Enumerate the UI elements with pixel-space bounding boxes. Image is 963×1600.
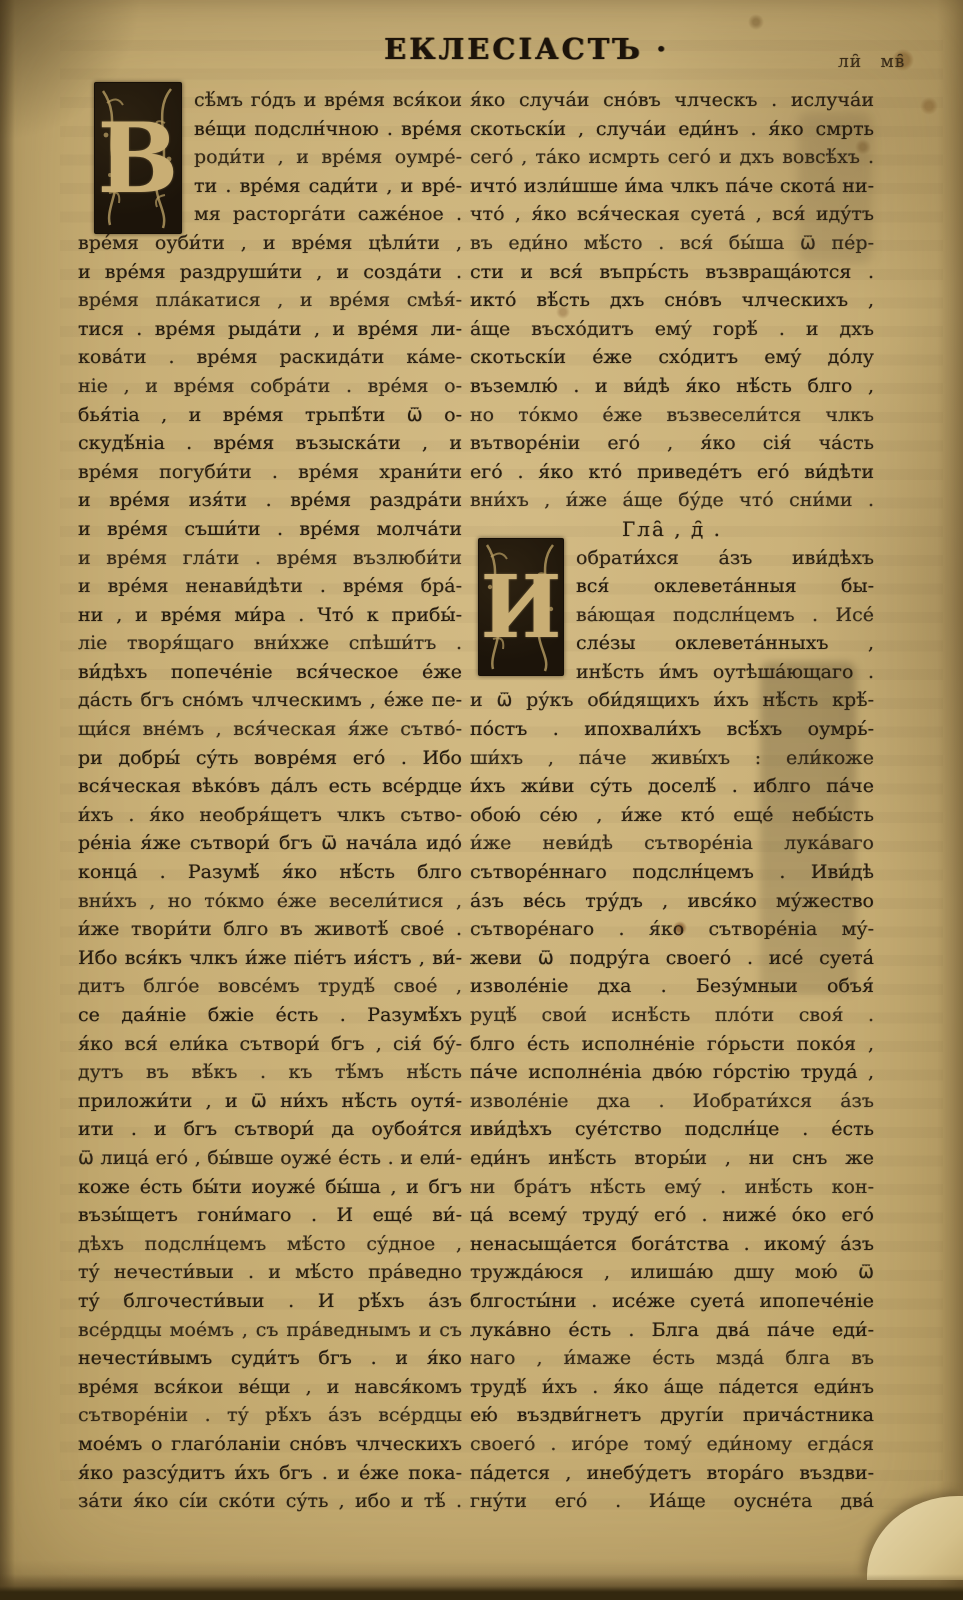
text-line: и́хъ . я́ко необря́щетъ члкъ сътво- <box>78 801 462 830</box>
text-line: въ еди́но мѣ́сто . вся́ бы́ша ѿ пе́р- <box>470 229 874 258</box>
text-line: иви́дѣхъ суе́тство подслн́це . е́сть <box>470 1115 874 1144</box>
text-line: наго , и́маже е́сть мзда́ блга въ <box>470 1344 874 1373</box>
text-line: обрати́хся а́зъ иви́дѣхъ <box>576 544 874 573</box>
text-line: вни́хъ , и́же а́ще бу́де что́ сни́ми . <box>470 486 874 515</box>
text-line: я́ко вся́ ели́ка сътвори́ бгъ , сія́ бу́… <box>78 1030 462 1059</box>
text-line: ліе творя́щаго вни́хже спѣши́тъ . <box>78 629 462 658</box>
text-line: ни , и вре́мя ми́ра . Что́ к прибы́- <box>78 601 462 630</box>
text-line: вре́мя погуби́ти . вре́мя храни́ти <box>78 458 462 487</box>
text-line: ца́ всему́ труду́ его́ . ниже́ о́ко его́ <box>470 1201 874 1230</box>
text-line: ве́щи подслн́чною . вре́мя <box>194 115 462 144</box>
text-line: сѣ́мъ го́дъ и вре́мя вся́кои <box>194 86 462 115</box>
text-line: да́сть бгъ сно́мъ члческимъ , е́же пе- <box>78 686 462 715</box>
text-column-right: я́ко случа́и сно́въ члческъ . ислуча́иск… <box>470 86 874 1516</box>
text-line: вре́мя пла́катися , и вре́мя смѣя́- <box>78 286 462 315</box>
text-line: нечести́вымъ суди́тъ бгъ . и я́ко <box>78 1344 462 1373</box>
text-line: тружда́юся , илиша́ю дшу мою́ ѿ <box>470 1258 874 1287</box>
text-line: мое́мъ о глаго́ланіи сно́въ члческихъ , <box>78 1430 462 1459</box>
text-line: дитъ блго́е вовсе́мъ трудѣ́ свое́ , <box>78 972 462 1001</box>
text-line: щи́ся вне́мъ , вся́ческая я́же сътво́- <box>78 715 462 744</box>
text-line: ичто́ изли́шше и́ма члкъ па́че скота́ ни… <box>470 172 874 201</box>
text-line: ва́ющая подслн́цемъ . Исе́ <box>576 601 874 630</box>
right-column-lines-top: я́ко случа́и сно́въ члческъ . ислуча́иск… <box>470 86 874 515</box>
text-line: ри добры́ су́ть вовре́мя его́ . Ибо <box>78 744 462 773</box>
text-line: лука́вно е́сть . Блга два́ па́че еди́- <box>470 1316 874 1345</box>
text-line: мя расторга́ти саже́ное . <box>194 200 462 229</box>
right-column-lines-bottom: и ѿ ру́къ оби́дящихъ и́хъ нѣ́сть крѣ́-по… <box>470 686 874 1515</box>
text-line: ши́хъ , па́че живы́хъ : ели́коже <box>470 744 874 773</box>
text-line: се дая́ніе бжіе е́сть . Разумѣ́хъ <box>78 1001 462 1030</box>
text-line: приложи́ти , и ѿ ни́хъ нѣ́сть оутя́- <box>78 1087 462 1116</box>
text-line: икто́ вѣ́сть дхъ сно́въ члческихъ , <box>470 286 874 315</box>
text-line: по́стъ . ипохвали́хъ всѣ́хъ оумрь́- <box>470 715 874 744</box>
text-line: и вре́мя ненави́дѣти . вре́мя бра́- <box>78 572 462 601</box>
page-corner-fold <box>867 1496 963 1580</box>
text-line: роди́ти , и вре́мя оумре́- <box>194 143 462 172</box>
text-line: възы́щетъ гони́маго . И еще́ ви́- <box>78 1201 462 1230</box>
text-line: конца́ . Разумѣ́ я́ко нѣ́сть блго <box>78 858 462 887</box>
text-line: скотьскі́и , случа́и еди́нъ . я́ко смрть <box>470 115 874 144</box>
text-line: блгосты́ни . исе́же суета́ ипопече́ніе <box>470 1287 874 1316</box>
text-line: и вре́мя съши́ти . вре́мя молча́ти <box>78 515 462 544</box>
running-title: ЕКЛЕСІАСТЪ · <box>384 32 669 66</box>
text-line: за́ти я́ко сі́и ско́ти су́ть , ибо и тѣ́… <box>78 1487 462 1516</box>
text-line: ею́ въздви́гнетъ другі́и прича́стника <box>470 1401 874 1430</box>
text-line: ни бра́тъ нѣ́сть ему́ . инѣ́сть кон- <box>470 1173 874 1202</box>
text-line: что́ , я́ко вся́ческая суета́ , вся́ иду… <box>470 200 874 229</box>
text-line: вся́ оклевета́нныя бы- <box>576 572 874 601</box>
text-line: еди́нъ инѣ́сть вторы́и , ни снъ же <box>470 1144 874 1173</box>
text-line: и́хъ жи́ви су́ть доселѣ́ . иблго па́че <box>470 772 874 801</box>
text-line: все́рдцы мое́мъ , съ пра́веднымъ и съ <box>78 1316 462 1345</box>
text-line: я́ко случа́и сно́въ члческъ . ислуча́и <box>470 86 874 115</box>
text-line: его́ . я́ко кто́ приведе́тъ его́ ви́дѣти <box>470 458 874 487</box>
text-line: сего́ , та́ко исмрть сего́ и дхъ вовсѣ́х… <box>470 143 874 172</box>
text-line: сътворе́наго . я́ко сътворе́ніа му́- <box>470 915 874 944</box>
text-line: гну́ти его́ . Иа́ще оусне́та два́ <box>470 1487 874 1516</box>
drop-cap-letter: И <box>479 539 563 675</box>
text-line: ту́ блгочести́выи . И рѣ́хъ а́зъ <box>78 1287 462 1316</box>
text-line: сътворе́ннаго подслн́цемъ . Иви́дѣ <box>470 858 874 887</box>
text-line: па́че исполне́ніа дво́ю го́рстію труда́ … <box>470 1058 874 1087</box>
text-line: сле́зы оклевета́нныхъ , <box>576 629 874 658</box>
text-line: своего́ . иго́ре тому́ еди́ному егда́ся <box>470 1430 874 1459</box>
text-line: а́ще въсхо́дитъ ему́ горѣ́ . и дхъ <box>470 315 874 344</box>
text-line: вътворе́ніи его́ , я́ко сія́ ча́сть <box>470 429 874 458</box>
text-line: инѣ́сть и́мъ оутѣша́ющаго . <box>576 658 874 687</box>
text-line: вре́мя оуби́ти , и вре́мя цѣли́ти , <box>78 229 462 258</box>
text-line: вре́мя вся́кои ве́щи , и нався́комъ <box>78 1373 462 1402</box>
text-line: ѿ лица́ его́ , бы́вше оуже́ е́сть . и ел… <box>78 1144 462 1173</box>
folio-marks: ли̑ мв̑ <box>838 52 905 72</box>
text-line: въземлю́ . и ви́дѣ я́ко нѣ́сть блго , <box>470 372 874 401</box>
text-line: и вре́мя гла́ти . вре́мя възлюби́ти <box>78 544 462 573</box>
text-line: ніе , и вре́мя собра́ти . вре́мя о- <box>78 372 462 401</box>
text-line: но то́кмо е́же възвесели́тся члкъ <box>470 401 874 430</box>
text-line: и вре́мя изя́ти . вре́мя раздра́ти <box>78 486 462 515</box>
text-line: па́дется , инебу́детъ втора́го въздви- <box>470 1459 874 1488</box>
drop-cap-letter: В <box>95 83 181 233</box>
text-line: трудѣ́ и́хъ . я́ко а́ще па́дется еди́нъ <box>470 1373 874 1402</box>
text-line: ре́ніа я́же сътвори́ бгъ ѿ нача́ла идо́ <box>78 829 462 858</box>
text-line: обою́ се́ю , и́же кто́ еще́ небы́сть <box>470 801 874 830</box>
ornamental-initial-V: В <box>94 82 182 234</box>
text-line: дѣхъ подслн́цемъ мѣ́сто су́дное , <box>78 1230 462 1259</box>
text-line: ненасыща́ется бога́тства . икому́ а́зъ <box>470 1230 874 1259</box>
text-line: дутъ въ вѣ́къ . къ тѣ́мъ нѣ́сть <box>78 1058 462 1087</box>
text-line: руцѣ́ свои́ иснѣ́сть пло́ти своя́ . <box>470 1001 874 1030</box>
text-line: тися . вре́мя рыда́ти , и вре́мя ли- <box>78 315 462 344</box>
text-line: коже е́сть бы́ти иоуже́ бы́ша , и бгъ <box>78 1173 462 1202</box>
text-line: изволе́ніе дха . Иобрати́хся а́зъ <box>470 1087 874 1116</box>
text-line: ту́ нечести́выи . и мѣ́сто пра́ведно <box>78 1258 462 1287</box>
text-line: вни́хъ , но то́кмо е́же весели́тися , <box>78 887 462 916</box>
text-line: Ибо вся́къ члкъ и́же піе́тъ ия́стъ , ви́… <box>78 944 462 973</box>
text-line: а́зъ ве́сь тру́дъ , ився́ко му́жество <box>470 887 874 916</box>
text-line: и́же твори́ти блго въ животѣ́ свое́ . <box>78 915 462 944</box>
left-column-lines: вре́мя оуби́ти , и вре́мя цѣли́ти ,и вре… <box>78 229 462 1516</box>
text-line: бья́тіа , и вре́мя трьпѣ́ти ѿ о- <box>78 401 462 430</box>
text-line: сти и вся́ въпрь́сть възвраща́ются . <box>470 258 874 287</box>
ornamental-initial-I: И <box>478 538 564 676</box>
book-page: ЕКЛЕСІАСТЪ · ли̑ мв̑ В сѣ́мъ го́дъ и вре… <box>0 0 963 1600</box>
text-column-left: В сѣ́мъ го́дъ и вре́мя вся́коиве́щи подс… <box>78 86 462 1516</box>
text-line: сътворе́ніи . ту́ рѣ́хъ а́зъ все́рдцы <box>78 1401 462 1430</box>
scan-bottom-edge <box>0 1574 963 1600</box>
text-line: ити . и бгъ сътвори́ да оубоя́тся <box>78 1115 462 1144</box>
text-line: и́же неви́дѣ сътворе́ніа лука́ваго <box>470 829 874 858</box>
text-line: изволе́ніе дха . Безу́мныи объя́ <box>470 972 874 1001</box>
text-line: вся́ческая вѣко́въ да́лъ есть все́рдце <box>78 772 462 801</box>
text-line: скудѣ́ніа . вре́мя възыска́ти , и <box>78 429 462 458</box>
text-line: ви́дѣхъ попече́ніе вся́ческое е́же <box>78 658 462 687</box>
text-line: скотьскі́и е́же схо́дитъ ему́ до́лу <box>470 343 874 372</box>
text-line: жеви ѿ подру́га своего́ . исе́ суета́ <box>470 944 874 973</box>
text-line: кова́ти . вре́мя раскида́ти ка́ме- <box>78 343 462 372</box>
text-line: и вре́мя раздруши́ти , и созда́ти . <box>78 258 462 287</box>
text-line: я́ко разсу́дитъ и́хъ бгъ . и е́же пока- <box>78 1459 462 1488</box>
text-line: ти . вре́мя сади́ти , и вре́- <box>194 172 462 201</box>
text-line: и ѿ ру́къ оби́дящихъ и́хъ нѣ́сть крѣ́- <box>470 686 874 715</box>
text-line: блго е́сть исполне́ніе го́рьсти поко́я , <box>470 1030 874 1059</box>
